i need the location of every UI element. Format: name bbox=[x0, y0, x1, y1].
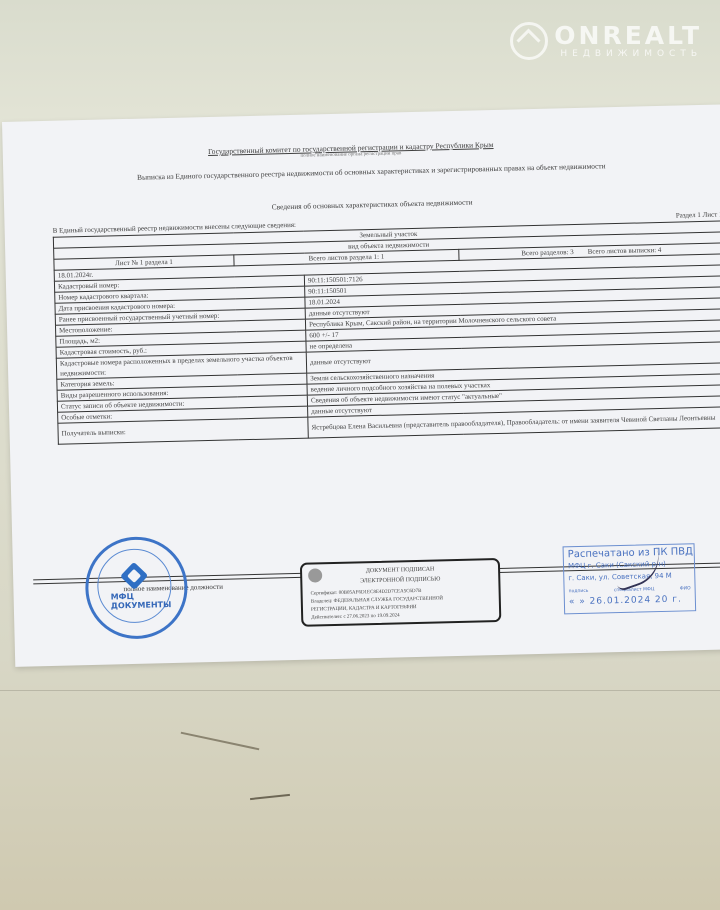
house-icon bbox=[510, 22, 548, 60]
round-stamp-text: МФЦ ДОКУМЕНТЫ bbox=[111, 591, 185, 611]
esig-owner: Владелец: ФЕДЕРАЛЬНАЯ СЛУЖБА ГОСУДАРСТВЕ… bbox=[311, 596, 443, 604]
label-signature: подпись bbox=[569, 589, 589, 594]
esig-title-1: ДОКУМЕНТ ПОДПИСАН bbox=[302, 565, 498, 576]
label-name: ФИО bbox=[680, 586, 691, 591]
esig-owner-2: РЕГИСТРАЦИИ, КАДАСТРА И КАРТОГРАФИИ bbox=[311, 605, 417, 613]
document-page: Государственный комитет по государственн… bbox=[2, 103, 720, 666]
esig-title-2: ЭЛЕКТРОННОЙ ПОДПИСЬЮ bbox=[302, 575, 498, 586]
esig-validity: Действителен: с 27.06.2023 по 19.09.2024 bbox=[311, 613, 399, 620]
watermark: ONREALT НЕДВИЖИМОСТЬ bbox=[510, 22, 702, 60]
round-stamp: МФЦ ДОКУМЕНТЫ bbox=[84, 536, 188, 640]
extract-title: Выписка из Единого государственного реес… bbox=[51, 159, 691, 184]
register-table: Земельный участок вид объекта недвижимос… bbox=[53, 220, 720, 444]
esig-certificate: Сертификат: 00B05AF6D1EC8E4D2D7CEA5C6D7B bbox=[311, 589, 422, 597]
surface-seam bbox=[0, 690, 720, 691]
mfc-logo-icon bbox=[120, 562, 148, 590]
page-ref: Раздел 1 Лист 1 bbox=[676, 210, 720, 219]
surface-scratch bbox=[181, 732, 260, 751]
surface-scratch bbox=[250, 794, 290, 800]
electronic-signature-box: ДОКУМЕНТ ПОДПИСАН ЭЛЕКТРОННОЙ ПОДПИСЬЮ С… bbox=[300, 558, 502, 627]
watermark-brand: ONREALT bbox=[554, 23, 702, 49]
print-date: « » 26.01.2024 20 г. bbox=[569, 595, 682, 608]
watermark-subtitle: НЕДВИЖИМОСТЬ bbox=[554, 49, 702, 59]
